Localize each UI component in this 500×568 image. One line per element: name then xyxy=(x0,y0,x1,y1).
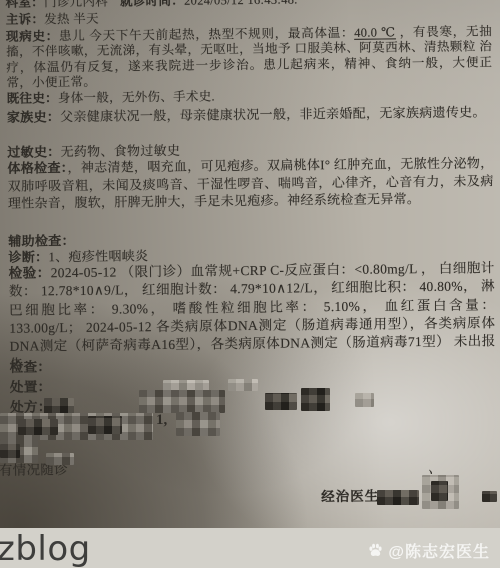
redaction-mosaic xyxy=(139,390,225,413)
medical-record-text: 科室：门诊儿内科就诊时间：2024/05/12 16:43:48. 主诉：发热 … xyxy=(6,0,498,531)
screenshot: 科室：门诊儿内科就诊时间：2024/05/12 16:43:48. 主诉：发热 … xyxy=(0,0,500,568)
redaction-mosaic xyxy=(228,379,258,391)
redaction-mosaic xyxy=(44,398,74,414)
redaction-mosaic xyxy=(46,453,74,465)
doctor-signature-redaction xyxy=(431,481,448,501)
dept-value: 门诊儿内科 xyxy=(44,0,108,9)
redaction-mosaic xyxy=(0,444,20,458)
redaction-mosaic xyxy=(18,419,58,435)
redaction-mosaic xyxy=(176,412,220,436)
present-illness: 现病史：患儿 今天下午天前起热，热型不规则，最高体温：40.0 ℃ ，有畏寒，无… xyxy=(6,24,493,91)
visit-time-label: 就诊时间： xyxy=(120,0,184,8)
visit-time-value: 2024/05/12 16:43:48. xyxy=(184,0,298,8)
redaction-mosaic xyxy=(265,393,297,410)
doctor-signature-redaction xyxy=(482,491,497,502)
redaction-mosaic xyxy=(88,416,122,434)
paw-icon xyxy=(367,542,384,559)
redaction-mosaic xyxy=(301,388,330,411)
doctor-name-redaction xyxy=(377,490,419,505)
bottom-bar: zblog @陈志宏医生 xyxy=(0,528,500,568)
author-watermark: @陈志宏医生 xyxy=(367,539,490,562)
max-temperature: 40.0 ℃ xyxy=(354,25,396,39)
watermark-handle: @陈志宏医生 xyxy=(388,539,490,562)
medical-record-photo: 科室：门诊儿内科就诊时间：2024/05/12 16:43:48. 主诉：发热 … xyxy=(0,0,500,528)
physical-exam: 体格检查：，神志清楚，咽充血，可见疱疹。双扁桃体I° 红肿充血，无脓性分泌物，双… xyxy=(7,154,494,212)
prescription-visible-fragment: 1, xyxy=(156,412,167,429)
site-label: zblog xyxy=(0,529,91,568)
redaction-mosaic xyxy=(355,393,374,407)
dept-label: 科室： xyxy=(6,0,45,10)
family-history: 家族史：父亲健康状况一般，母亲健康状况一般，非近亲婚配，无家族病遗传史。 xyxy=(7,103,493,126)
